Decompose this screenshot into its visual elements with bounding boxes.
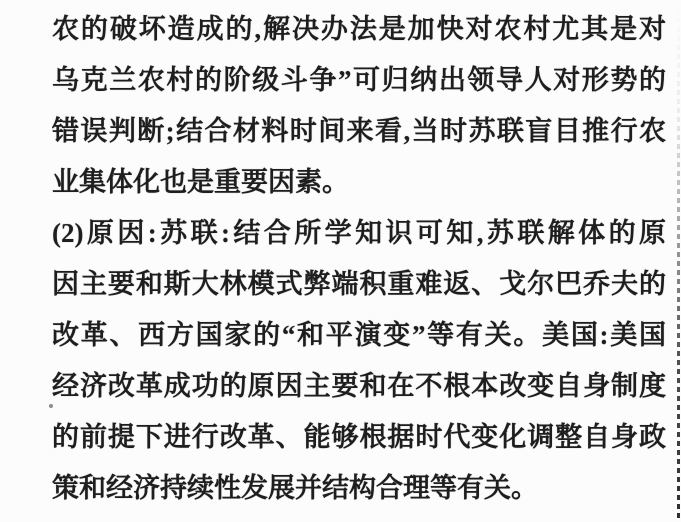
text-line-1: 农的破坏造成的,解决办法是加快对农村尤其是对: [52, 4, 666, 55]
scanned-document-page: 农的破坏造成的,解决办法是加快对农村尤其是对 乌克兰农村的阶级斗争”可归纳出领导…: [0, 0, 681, 522]
text-line-2: 乌克兰农村的阶级斗争”可归纳出领导人对形势的: [52, 55, 666, 106]
text-line-5: (2)原因:苏联:结合所学知识可知,苏联解体的原: [52, 208, 666, 259]
page-edge-fade: [674, 0, 681, 522]
text-line-6: 因主要和斯大林模式弊端积重难返、戈尔巴乔夫的: [52, 259, 666, 310]
text-line-10: 策和经济持续性发展并结构合理等有关。: [52, 463, 666, 514]
text-line-4: 业集体化也是重要因素。: [52, 157, 666, 208]
scan-speck: [49, 404, 53, 408]
text-line-9: 的前提下进行改革、能够根据时代变化调整自身政: [52, 412, 666, 463]
text-line-7: 改革、西方国家的“和平演变”等有关。美国:美国: [52, 310, 666, 361]
text-line-8: 经济改革成功的原因主要和在不根本改变自身制度: [52, 361, 666, 412]
text-line-3: 错误判断;结合材料时间来看,当时苏联盲目推行农: [52, 106, 666, 157]
text-block: 农的破坏造成的,解决办法是加快对农村尤其是对 乌克兰农村的阶级斗争”可归纳出领导…: [52, 4, 666, 514]
